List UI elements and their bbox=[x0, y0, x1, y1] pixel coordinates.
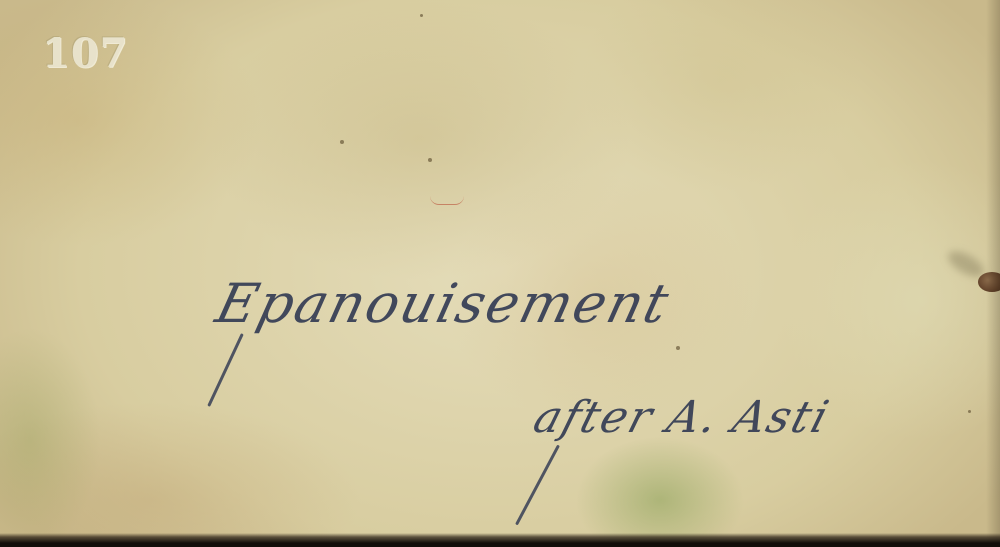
title-flourish bbox=[207, 333, 244, 407]
speck bbox=[420, 14, 423, 17]
speck bbox=[676, 346, 680, 350]
right-edge-shade bbox=[986, 0, 1000, 547]
speck bbox=[340, 140, 344, 144]
handwritten-attribution: after A. Asti bbox=[528, 392, 836, 443]
red-fiber bbox=[430, 196, 464, 205]
attribution-flourish bbox=[515, 445, 560, 526]
aged-plaque-photo: 107 Epanouisement after A. Asti bbox=[0, 0, 1000, 547]
handwritten-title: Epanouisement bbox=[210, 272, 677, 335]
frame-edge bbox=[0, 533, 1000, 547]
speck bbox=[968, 410, 971, 413]
speck bbox=[428, 158, 432, 162]
embossed-number: 107 bbox=[42, 30, 129, 77]
